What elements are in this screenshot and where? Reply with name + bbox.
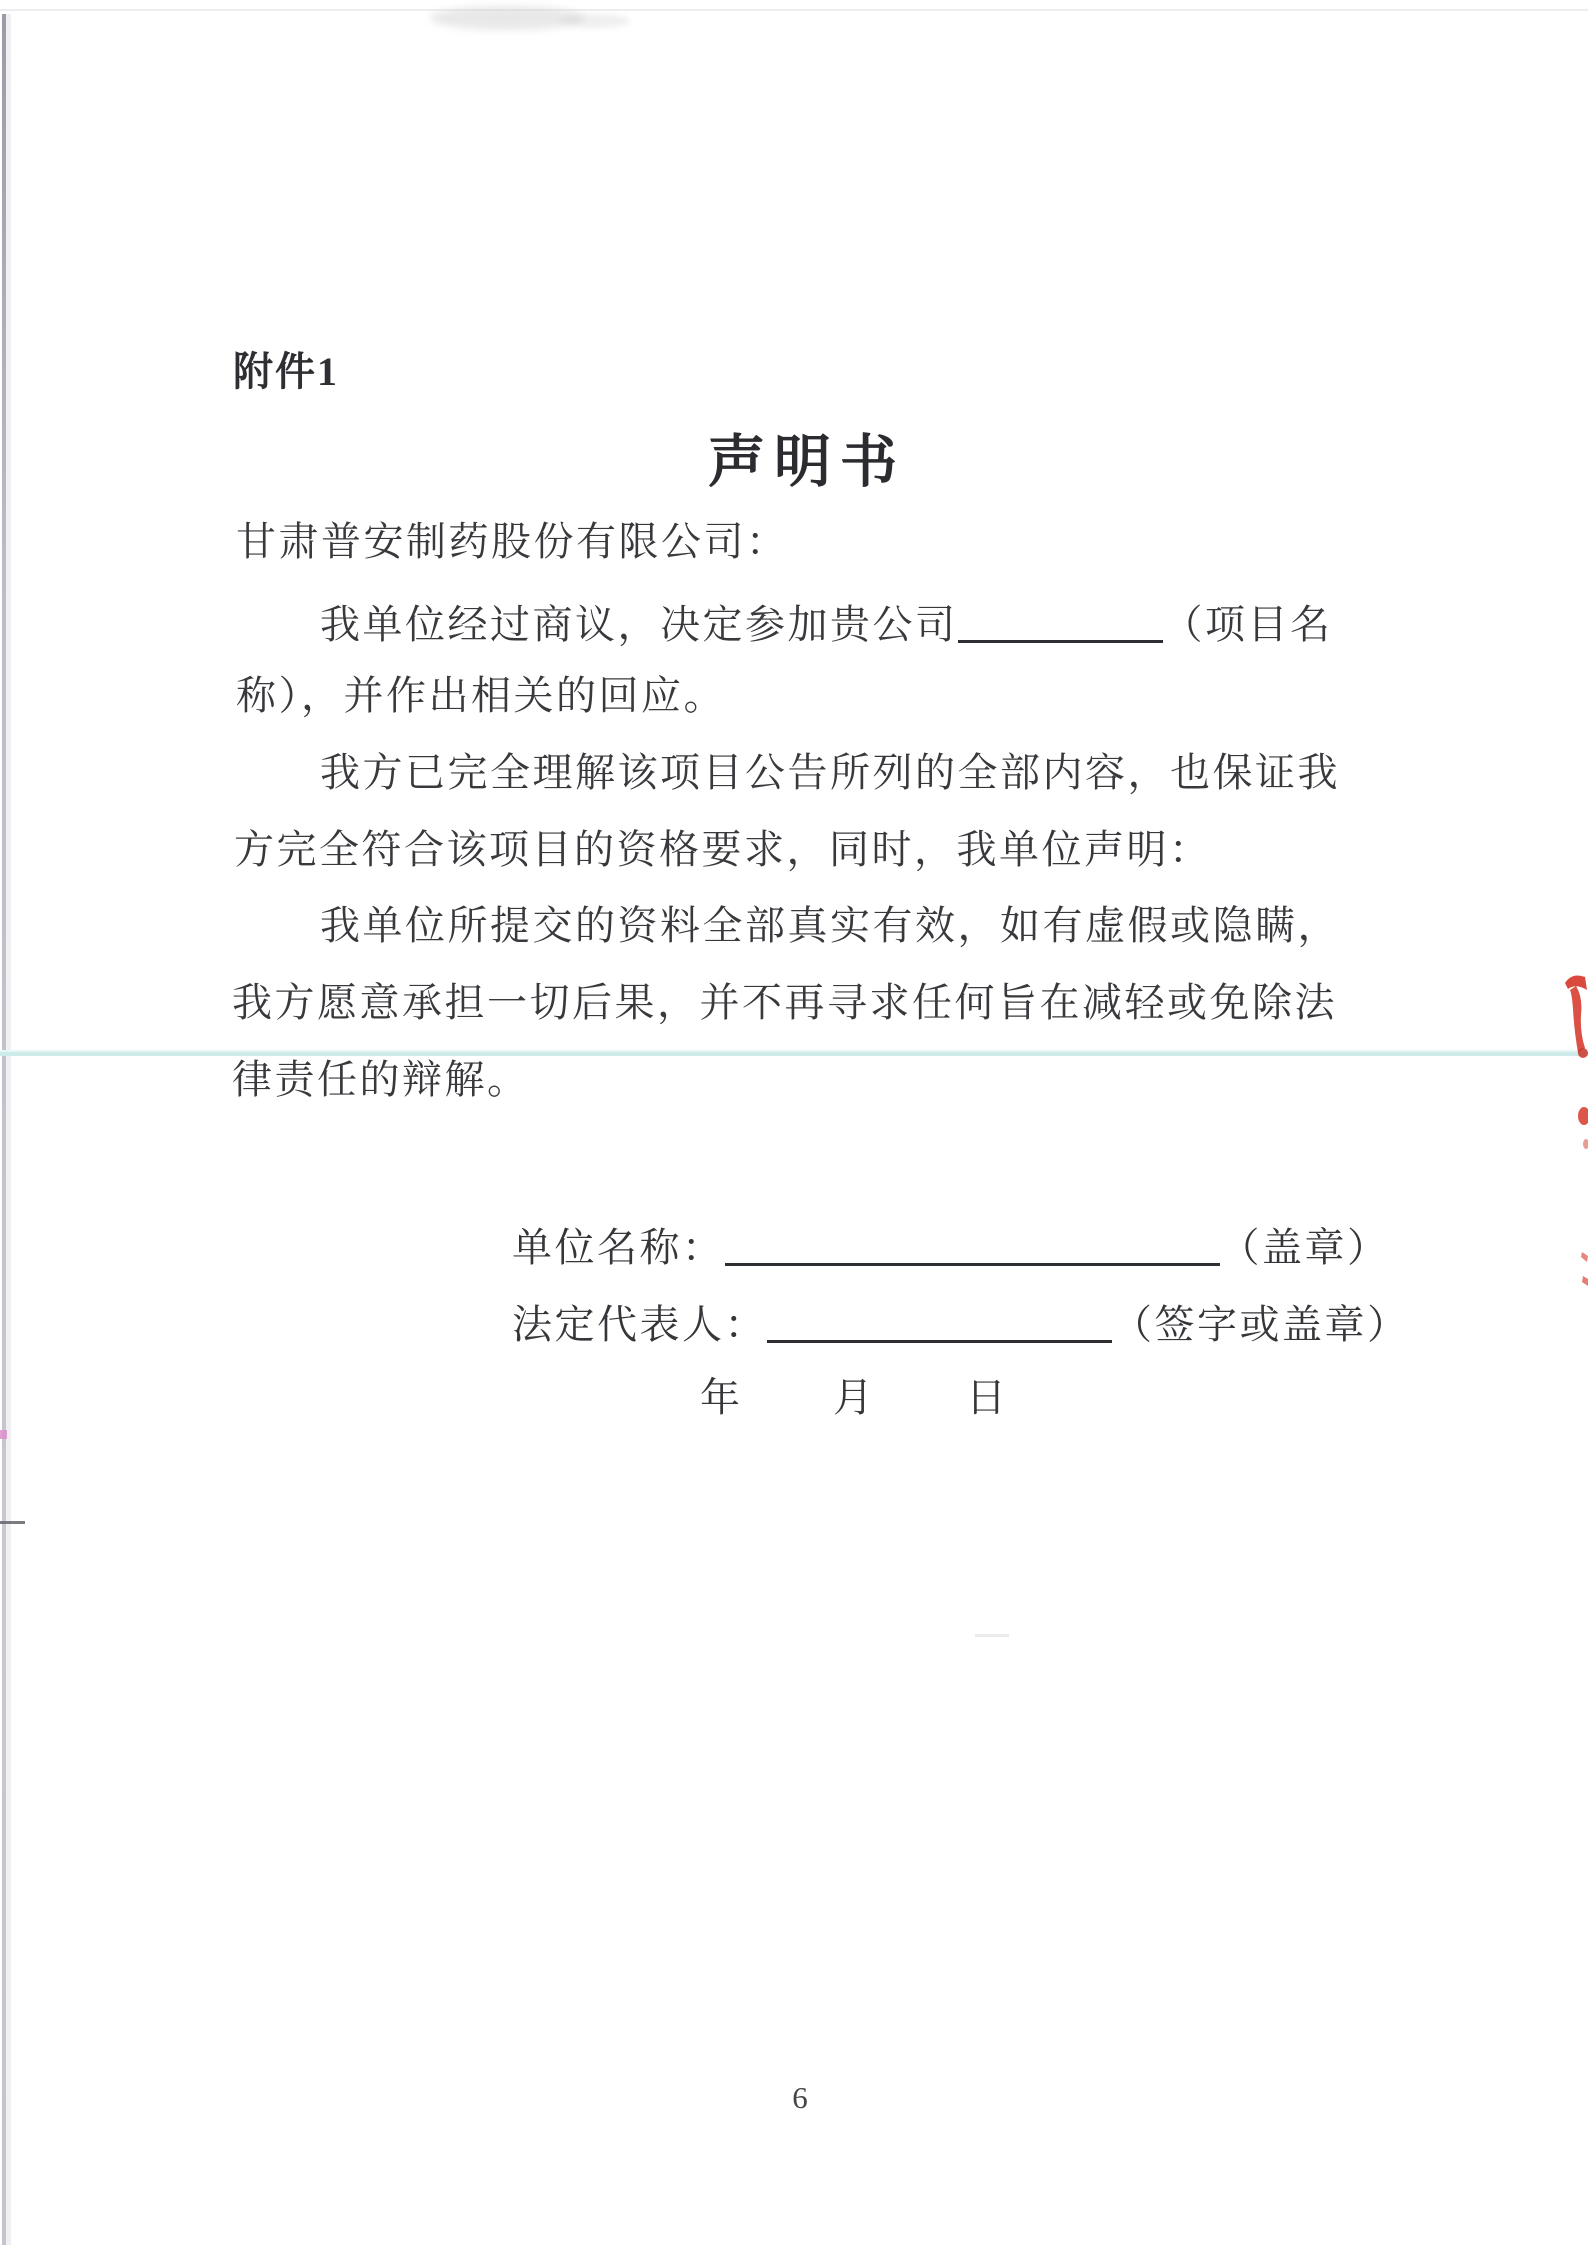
scan-faint-dash (975, 1634, 1009, 1637)
legal-representative-label: 法定代表人： (512, 1302, 767, 1347)
body-line: 我单位经过商议，决定参加贵公司（项目名 (320, 597, 1333, 647)
legal-representative-row: 法定代表人：（签字或盖章） (512, 1293, 1410, 1350)
scan-smudge (560, 14, 630, 28)
body-line: 我方已完全理解该项目公告所列的全部内容，也保证我 (320, 751, 1340, 795)
body-line: 方完全符合该项目的资格要求，同时，我单位声明： (234, 828, 1212, 872)
scan-left-edge-shadow (6, 14, 11, 2245)
red-seal-fragment-icon (1578, 1246, 1588, 1292)
company-name-blank-underline (725, 1225, 1220, 1266)
salutation-line: 甘肃普安制药股份有限公司： (236, 520, 789, 564)
body-line: 我单位所提交的资料全部真实有效，如有虚假或隐瞒， (320, 904, 1340, 948)
scanned-document-page: 附件1 声明书 甘肃普安制药股份有限公司： 我单位经过商议，决定参加贵公司（项目… (0, 0, 1588, 2245)
legal-representative-blank-underline (767, 1302, 1112, 1343)
scan-left-edge-line (2, 14, 6, 2245)
legal-representative-seal-hint: （签字或盖章） (1112, 1302, 1410, 1347)
body-line: 我方愿意承担一切后果，并不再寻求任何旨在减轻或免除法 (232, 981, 1337, 1025)
page-number: 6 (0, 2080, 1588, 2116)
scan-top-edge-line (0, 9, 1588, 11)
scan-dark-edge-mark (0, 1521, 25, 1524)
company-seal-hint: （盖章） (1220, 1225, 1390, 1270)
project-name-blank-underline (958, 602, 1163, 643)
body-line-text: 我单位经过商议，决定参加贵公司 (320, 602, 958, 647)
date-day-label: 日 (966, 1366, 1006, 1423)
company-name-label: 单位名称： (512, 1225, 725, 1270)
document-title: 声明书 (0, 416, 1588, 498)
date-month-label: 月 (833, 1366, 873, 1423)
scan-pink-edge-mark (0, 1430, 7, 1439)
date-year-label: 年 (700, 1366, 740, 1423)
date-row: 年月日 (700, 1366, 1006, 1423)
company-name-row: 单位名称：（盖章） (512, 1216, 1390, 1273)
red-seal-fragment-icon (1561, 969, 1588, 1059)
body-line: 律责任的辩解。 (232, 1058, 530, 1102)
attachment-label: 附件1 (233, 350, 339, 394)
red-seal-fragment-icon (1576, 1106, 1588, 1152)
body-line-text: （项目名 (1163, 602, 1333, 647)
body-line: 称），并作出相关的回应。 (236, 674, 726, 718)
scan-cyan-streak-line (0, 1052, 1588, 1056)
